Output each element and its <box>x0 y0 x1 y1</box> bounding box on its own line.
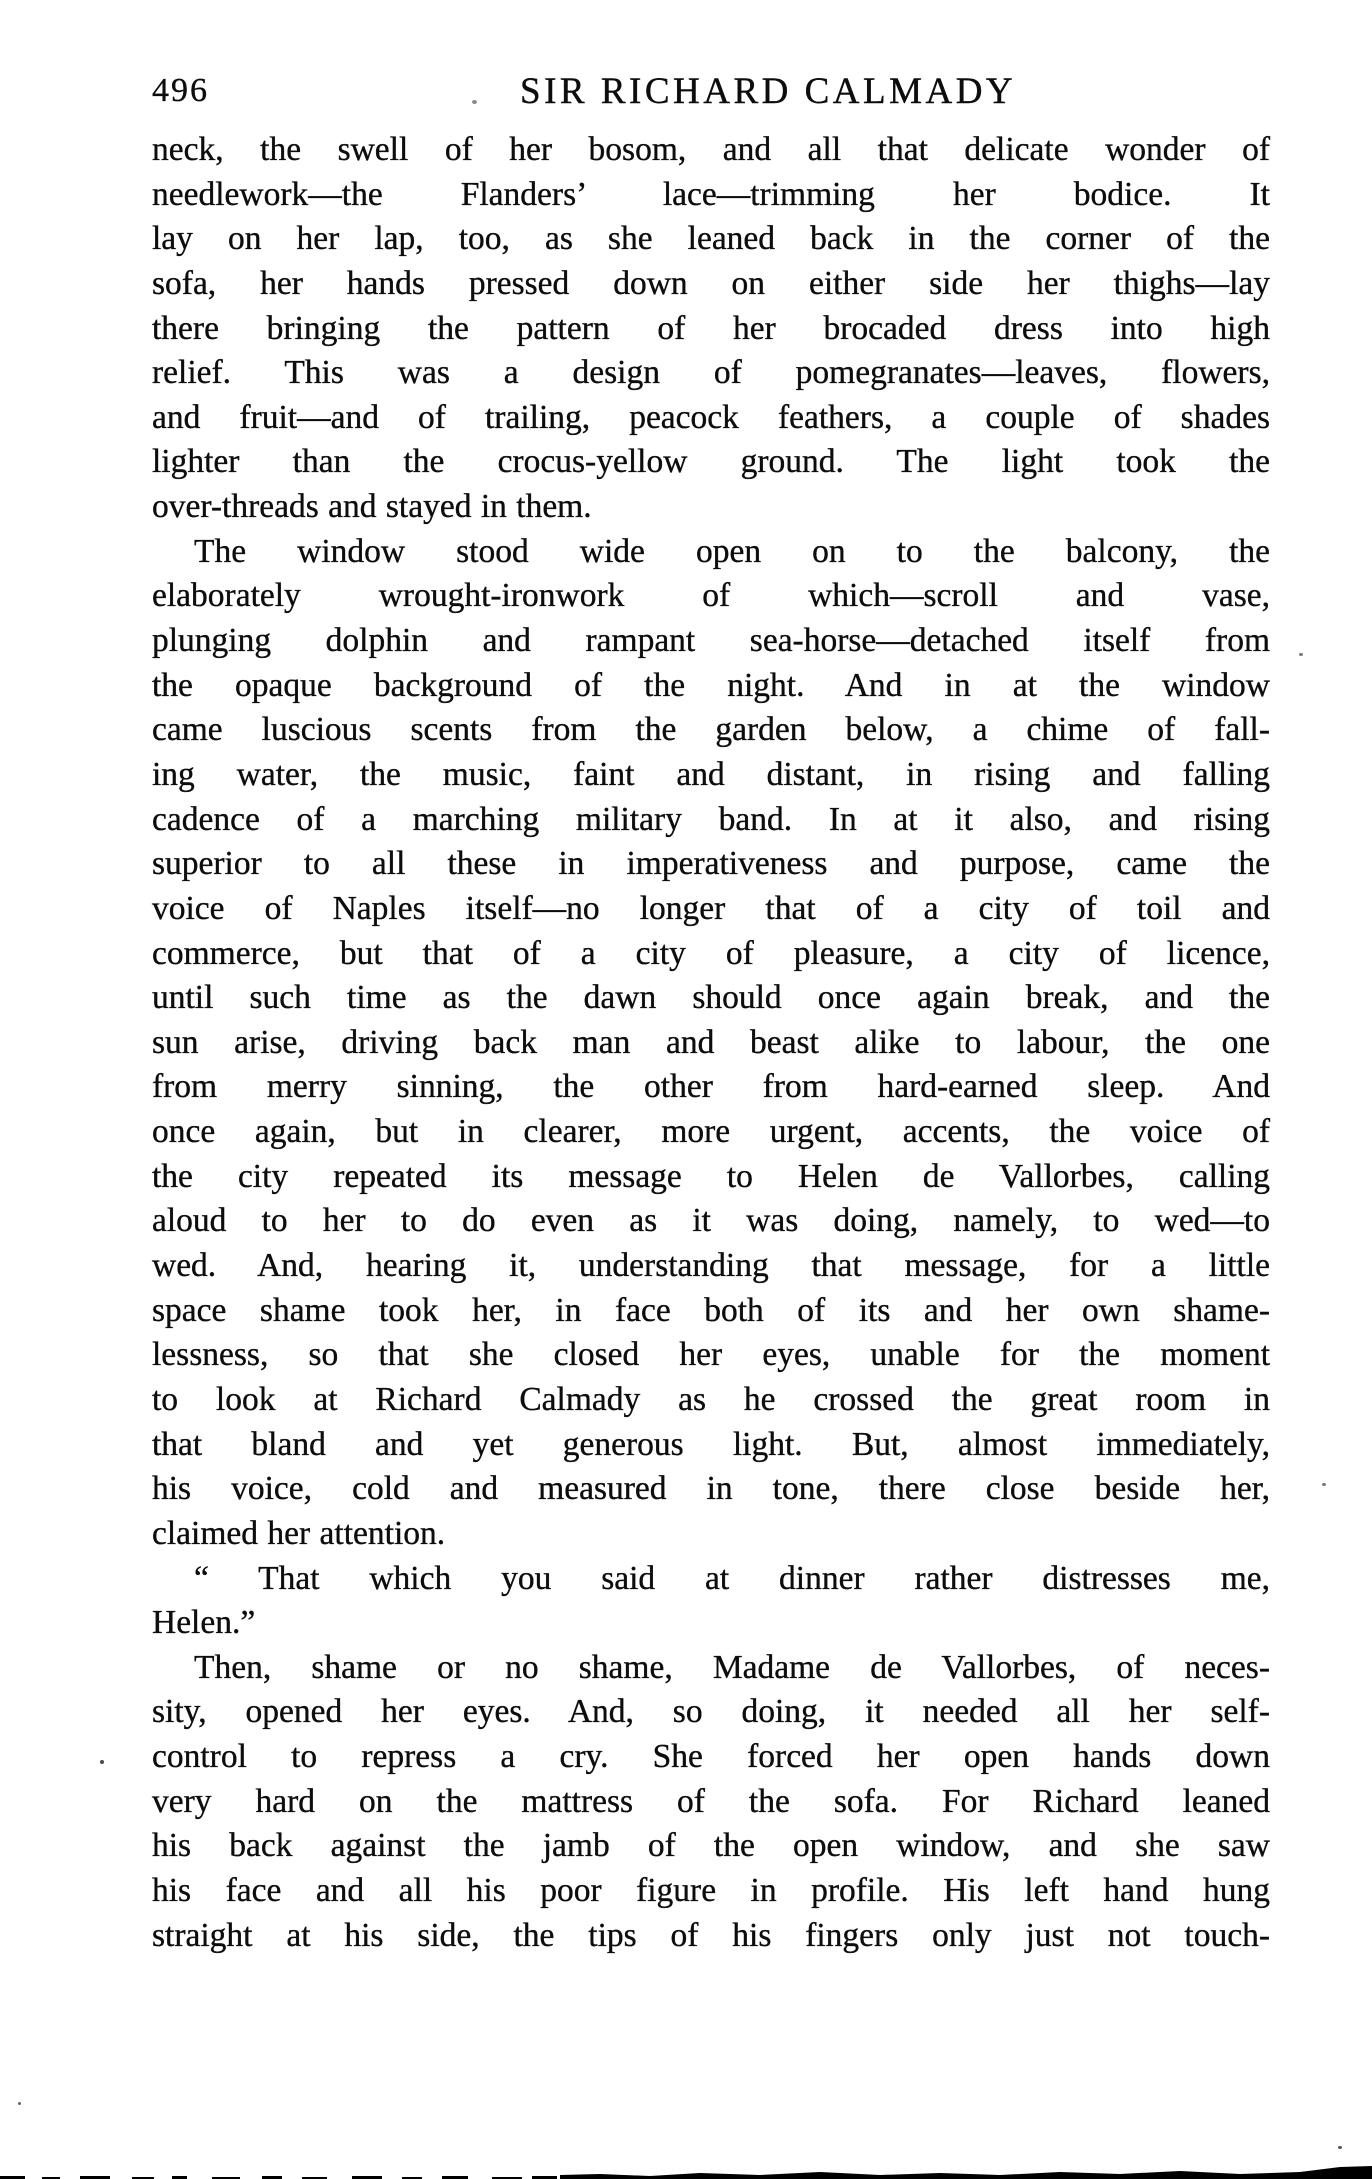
text-line: until such time as the dawn should once … <box>152 976 1270 1021</box>
text-line: sity, opened her eyes. And, so doing, it… <box>152 1690 1270 1735</box>
text-line: from merry sinning, the other from hard-… <box>152 1065 1270 1110</box>
text-line: “ That which you said at dinner rather d… <box>152 1557 1270 1602</box>
text-line: straight at his side, the tips of his fi… <box>152 1914 1270 1959</box>
text-line: there bringing the pattern of her brocad… <box>152 307 1270 352</box>
text-line: lay on her lap, too, as she leaned back … <box>152 217 1270 262</box>
scan-speck <box>1299 653 1303 656</box>
paragraph: “ That which you said at dinner rather d… <box>152 1557 1270 1646</box>
text-line: his back against the jamb of the open wi… <box>152 1824 1270 1869</box>
text-line: aloud to her to do even as it was doing,… <box>152 1199 1270 1244</box>
text-block: neck, the swell of her bosom, and all th… <box>152 128 1270 1958</box>
text-line: once again, but in clearer, more urgent,… <box>152 1110 1270 1155</box>
text-line: sofa, her hands pressed down on either s… <box>152 262 1270 307</box>
page-number: 496 <box>152 72 209 110</box>
text-line: the opaque background of the night. And … <box>152 664 1270 709</box>
text-line: over-threads and stayed in them. <box>152 485 1270 530</box>
text-line: needlework—the Flanders’ lace—trimming h… <box>152 173 1270 218</box>
running-title: SIR RICHARD CALMADY <box>520 70 1016 113</box>
text-line: cadence of a marching military band. In … <box>152 798 1270 843</box>
scan-edge-artifact <box>0 2163 1372 2179</box>
paragraph: The window stood wide open on to the bal… <box>152 530 1270 1557</box>
text-line: superior to all these in imperativeness … <box>152 842 1270 887</box>
text-line: Helen.” <box>152 1601 1270 1646</box>
text-line: that bland and yet generous light. But, … <box>152 1423 1270 1468</box>
text-line: The window stood wide open on to the bal… <box>152 530 1270 575</box>
text-line: voice of Naples itself—no longer that of… <box>152 887 1270 932</box>
text-line: very hard on the mattress of the sofa. F… <box>152 1780 1270 1825</box>
text-line: commerce, but that of a city of pleasure… <box>152 932 1270 977</box>
scan-speck <box>18 2102 21 2105</box>
text-line: wed. And, hearing it, understanding that… <box>152 1244 1270 1289</box>
text-line: sun arise, driving back man and beast al… <box>152 1021 1270 1066</box>
text-line: elaborately wrought-ironwork of which—sc… <box>152 574 1270 619</box>
paragraph: neck, the swell of her bosom, and all th… <box>152 128 1270 530</box>
text-line: lighter than the crocus-yellow ground. T… <box>152 440 1270 485</box>
text-line: lessness, so that she closed her eyes, u… <box>152 1333 1270 1378</box>
text-line: ing water, the music, faint and distant,… <box>152 753 1270 798</box>
text-line: control to repress a cry. She forced her… <box>152 1735 1270 1780</box>
text-line: relief. This was a design of pomegranate… <box>152 351 1270 396</box>
scan-speck <box>1338 2146 1342 2149</box>
book-page: 496 SIR RICHARD CALMADY neck, the swell … <box>0 0 1372 2179</box>
scan-speck <box>472 100 477 104</box>
text-line: to look at Richard Calmady as he crossed… <box>152 1378 1270 1423</box>
text-line: and fruit—and of trailing, peacock feath… <box>152 396 1270 441</box>
text-line: plunging dolphin and rampant sea-horse—d… <box>152 619 1270 664</box>
text-line: came luscious scents from the garden bel… <box>152 708 1270 753</box>
scan-speck <box>100 1760 104 1764</box>
scan-speck <box>1322 1483 1326 1486</box>
text-line: neck, the swell of her bosom, and all th… <box>152 128 1270 173</box>
paragraph: Then, shame or no shame, Madame de Vallo… <box>152 1646 1270 1958</box>
text-line: his face and all his poor figure in prof… <box>152 1869 1270 1914</box>
text-line: his voice, cold and measured in tone, th… <box>152 1467 1270 1512</box>
text-line: Then, shame or no shame, Madame de Vallo… <box>152 1646 1270 1691</box>
text-line: space shame took her, in face both of it… <box>152 1289 1270 1334</box>
text-line: the city repeated its message to Helen d… <box>152 1155 1270 1200</box>
text-line: claimed her attention. <box>152 1512 1270 1557</box>
